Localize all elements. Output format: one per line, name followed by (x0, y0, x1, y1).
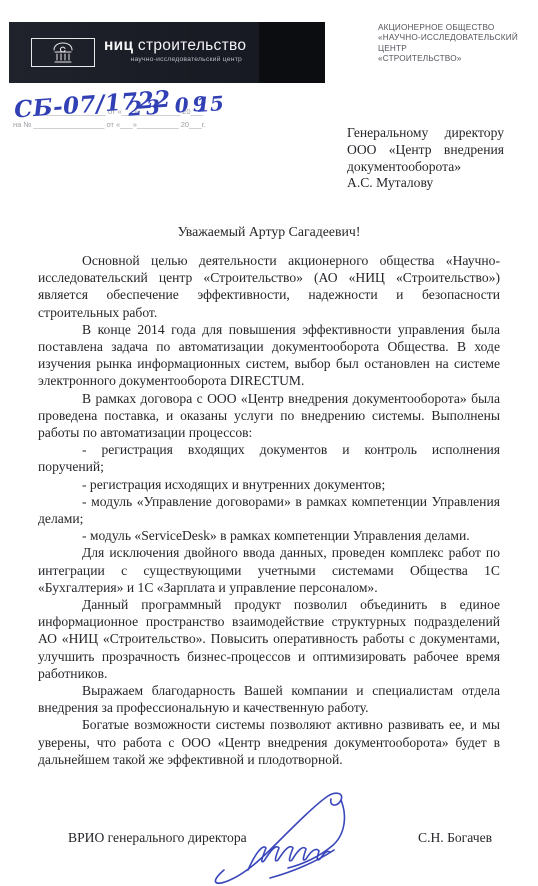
brand-name: ниц строительство (104, 37, 314, 55)
handwritten-signature (208, 788, 398, 886)
letter-body: Основной целью деятельности акционерного… (38, 252, 500, 768)
brand-name-bold: ниц (104, 37, 133, 54)
brand-subtitle: научно-исследовательский центр (104, 56, 242, 63)
letter-page: ниц строительство научно-исследовательск… (0, 0, 538, 886)
paragraph: Выражаем благодарность Вашей компании и … (38, 682, 500, 716)
brand-text: ниц строительство научно-исследовательск… (104, 37, 314, 63)
paragraph: Данный программный продукт позволил объе… (38, 596, 500, 682)
brand-name-rest: строительство (133, 37, 246, 54)
list-item: - модуль «ServiceDesk» в рамках компетен… (38, 527, 500, 544)
letterhead-banner: ниц строительство научно-исследовательск… (9, 22, 325, 83)
list-item: - регистрация исходящих и внутренних док… (38, 476, 500, 493)
paragraph: В рамках договора с ООО «Центр внедрения… (38, 390, 500, 442)
salutation: Уважаемый Артур Сагадеевич! (0, 224, 538, 240)
reference-block: _________________ от «___»__________ 20_… (0, 90, 340, 138)
building-columns-icon (46, 41, 80, 64)
handwritten-year: 15 (195, 91, 224, 117)
paragraph: Для исключения двойного ввода данных, пр… (38, 544, 500, 596)
nic-logo-box (31, 38, 95, 67)
signer-name: С.Н. Богачев (418, 830, 492, 846)
paragraph: Основной целью деятельности акционерного… (38, 252, 500, 321)
recipient-line: ООО «Центр внедрения (347, 142, 504, 159)
org-name-line3: «СТРОИТЕЛЬСТВО» (378, 54, 530, 64)
list-item: - модуль «Управление договорами» в рамка… (38, 493, 500, 527)
signature-block: ВРИО генерального директора С.Н. Богачев (0, 788, 538, 886)
recipient-line: А.С. Муталову (347, 175, 504, 192)
org-name-block: АКЦИОНЕРНОЕ ОБЩЕСТВО «НАУЧНО-ИССЛЕДОВАТЕ… (378, 23, 530, 65)
recipient-block: Генеральному директору ООО «Центр внедре… (347, 125, 504, 192)
org-name-line2: «НАУЧНО-ИССЛЕДОВАТЕЛЬСКИЙ ЦЕНТР (378, 33, 530, 54)
paragraph: В конце 2014 года для повышения эффектив… (38, 321, 500, 390)
list-item: - регистрация входящих документов и конт… (38, 441, 500, 475)
org-name-line1: АКЦИОНЕРНОЕ ОБЩЕСТВО (378, 23, 530, 33)
paragraph: Богатые возможности системы позволяют ак… (38, 716, 500, 768)
recipient-line: документооборота» (347, 159, 504, 176)
recipient-line: Генеральному директору (347, 125, 504, 142)
